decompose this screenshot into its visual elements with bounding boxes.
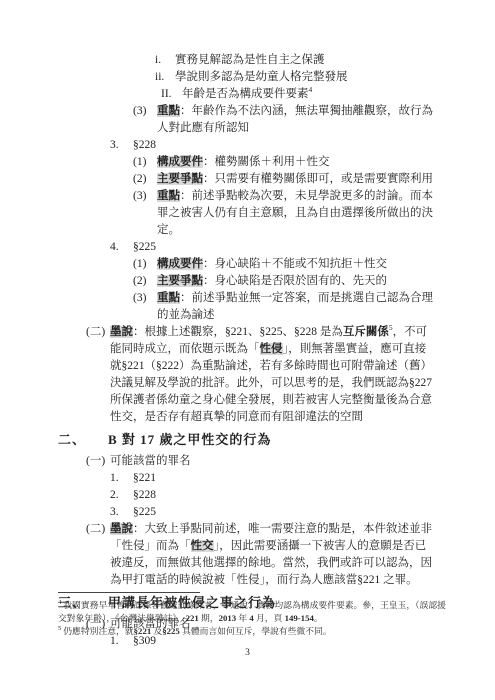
list-marker: (2): [133, 273, 146, 290]
doc-line: (3)重點：前述爭點較為次要，未見學說更多的討論。而本罪之被害人仍有自主意願，且…: [0, 188, 495, 239]
page-number: 3: [0, 645, 495, 662]
list-marker: 3.: [110, 137, 119, 154]
footnote: 4我國實務早年曾有認係客觀處罰條件者，今通說、實務均認為構成要件要素。參，王皇玉…: [58, 599, 449, 625]
text-segment: 實務見解認為是性自主之保護: [175, 54, 325, 66]
text-segment: 期，: [199, 613, 219, 623]
doc-line: (二)墨說：根據上述觀察，§221、§225、§228 是為互斥關係5，不可能同…: [0, 324, 495, 426]
highlighted-term: 重點: [157, 105, 180, 117]
text-segment: 149-154: [285, 613, 314, 623]
doc-line: (1)構成要件：權勢關係＋利用＋性交: [0, 154, 495, 171]
doc-line: (一)可能該當的罪名: [0, 453, 495, 470]
list-marker: (1): [133, 256, 146, 273]
footnote-separator: [58, 592, 200, 593]
doc-line: ii.學說則多認為是幼童人格完整發展: [0, 69, 495, 86]
text-segment: 月，頁: [254, 613, 285, 623]
text-segment: 」，則無著墨實益，應可直接就§221（§222）為重點論述，若有多餘時間也可附帶…: [110, 343, 432, 423]
footnote-area: 4我國實務早年曾有認係客觀處罰條件者，今通說、實務均認為構成要件要素。參，王皇玉…: [58, 592, 449, 638]
doc-line: (1)構成要件：身心缺陷＋不能或不知抗拒＋性交: [0, 256, 495, 273]
text-segment: 可能該當的罪名: [110, 455, 191, 467]
doc-line: 3.§228: [0, 137, 495, 154]
text-segment: 學說則多認為是幼童人格完整發展: [175, 71, 348, 83]
text-segment: B 對 17 歲之甲性交的行為: [108, 432, 271, 447]
section-heading: 二、B 對 17 歲之甲性交的行為: [0, 431, 495, 449]
text-segment: ：身心缺陷＋不能或不知抗拒＋性交: [203, 258, 387, 270]
text-segment: 具體而言如何互斥，學說有些微不同。: [180, 626, 332, 636]
list-marker: (3): [133, 103, 146, 120]
text-segment: §225: [133, 506, 156, 518]
list-marker: 2.: [110, 487, 119, 504]
doc-line: 3.§225: [0, 504, 495, 521]
text-segment: §225: [133, 241, 156, 253]
text-segment: 。: [314, 613, 323, 623]
text-segment: ：身心缺陷是否限於固有的、先天的: [203, 275, 387, 287]
text-segment: §228: [133, 489, 156, 501]
highlighted-term: 主要爭點: [157, 173, 203, 185]
list-marker: ii.: [155, 69, 164, 86]
highlighted-term: 重點: [157, 190, 180, 202]
list-marker: (二): [86, 324, 105, 341]
doc-line: (二)墨說：大致上爭點同前述，唯一需要注意的點是，本件敘述並非「性侵」而為「性交…: [0, 521, 495, 589]
doc-line: II.年齡是否為構成要件要素4: [0, 86, 495, 103]
footnote: 5仍應特別注意，就§221 及§225 具體而言如何互斥，學說有些微不同。: [58, 625, 449, 638]
text-segment: 互斥關係: [343, 326, 389, 338]
text-segment: 221: [186, 613, 199, 623]
highlighted-term: 構成要件: [157, 258, 203, 270]
list-marker: 3.: [110, 504, 119, 521]
highlighted-term: 主要爭點: [157, 275, 203, 287]
document-page: i.實務見解認為是性自主之保護ii.學說則多認為是幼童人格完整發展II.年齡是否…: [0, 0, 495, 700]
list-marker: 4.: [110, 239, 119, 256]
text-segment: §221: [133, 472, 156, 484]
text-segment: 年齡是否為構成要件要素: [182, 88, 309, 100]
list-marker: (3): [133, 290, 146, 307]
list-marker: 二、: [58, 431, 86, 449]
highlighted-term: 墨說: [110, 326, 133, 338]
footnote-reference: 4: [309, 85, 313, 94]
text-segment: 2013: [219, 613, 237, 623]
text-segment: ：權勢關係＋利用＋性交: [203, 156, 330, 168]
document-body: i.實務見解認為是性自主之保護ii.學說則多認為是幼童人格完整發展II.年齡是否…: [0, 52, 495, 650]
doc-line: 4.§225: [0, 239, 495, 256]
text-segment: ：年齡作為不法內涵，無法單獨抽離觀察，故行為人對此應有所認知: [157, 105, 433, 134]
text-segment: §225: [162, 626, 180, 636]
footnote-marker: 4: [58, 599, 61, 606]
text-segment: ：前述爭點並無一定答案，而是挑選自己認為合理的並為論述: [157, 292, 433, 321]
list-marker: (二): [86, 521, 105, 538]
list-marker: (一): [86, 453, 105, 470]
list-marker: i.: [155, 52, 161, 69]
list-marker: (3): [133, 188, 146, 205]
text-segment: ：前述爭點較為次要，未見學說更多的討論。而本罪之被害人仍有自主意願，且為自由選擇…: [157, 190, 433, 236]
text-segment: 及: [151, 626, 162, 636]
doc-line: 1.§221: [0, 470, 495, 487]
footnote-list: 4我國實務早年曾有認係客觀處罰條件者，今通說、實務均認為構成要件要素。參，王皇玉…: [58, 599, 449, 638]
doc-line: i.實務見解認為是性自主之保護: [0, 52, 495, 69]
highlighted-term: 性侵: [260, 343, 283, 355]
list-marker: 1.: [110, 470, 119, 487]
text-segment: §228: [133, 139, 156, 151]
text-segment: 年: [236, 613, 249, 623]
text-segment: 仍應特別注意，就: [63, 626, 133, 636]
footnote-marker: 5: [58, 625, 61, 632]
doc-line: (3)重點：年齡作為不法內涵，無法單獨抽離觀察，故行為人對此應有所認知: [0, 103, 495, 137]
doc-line: (3)重點：前述爭點並無一定答案，而是挑選自己認為合理的並為論述: [0, 290, 495, 324]
text-segment: ：根據上述觀察，§221、§225、§228 是為: [133, 326, 343, 338]
list-marker: (2): [133, 171, 146, 188]
text-segment: §221: [134, 626, 152, 636]
highlighted-term: 構成要件: [157, 156, 203, 168]
list-marker: (1): [133, 154, 146, 171]
highlighted-term: 重點: [157, 292, 180, 304]
highlighted-term: 墨說: [110, 523, 133, 535]
doc-line: 2.§228: [0, 487, 495, 504]
highlighted-term: 性交: [191, 540, 214, 552]
doc-line: (2)主要爭點：只需要有權勢關係即可，或是需要實際利用: [0, 171, 495, 188]
doc-line: (2)主要爭點：身心缺陷是否限於固有的、先天的: [0, 273, 495, 290]
text-segment: ：只需要有權勢關係即可，或是需要實際利用: [203, 173, 433, 185]
list-marker: II.: [161, 86, 172, 103]
